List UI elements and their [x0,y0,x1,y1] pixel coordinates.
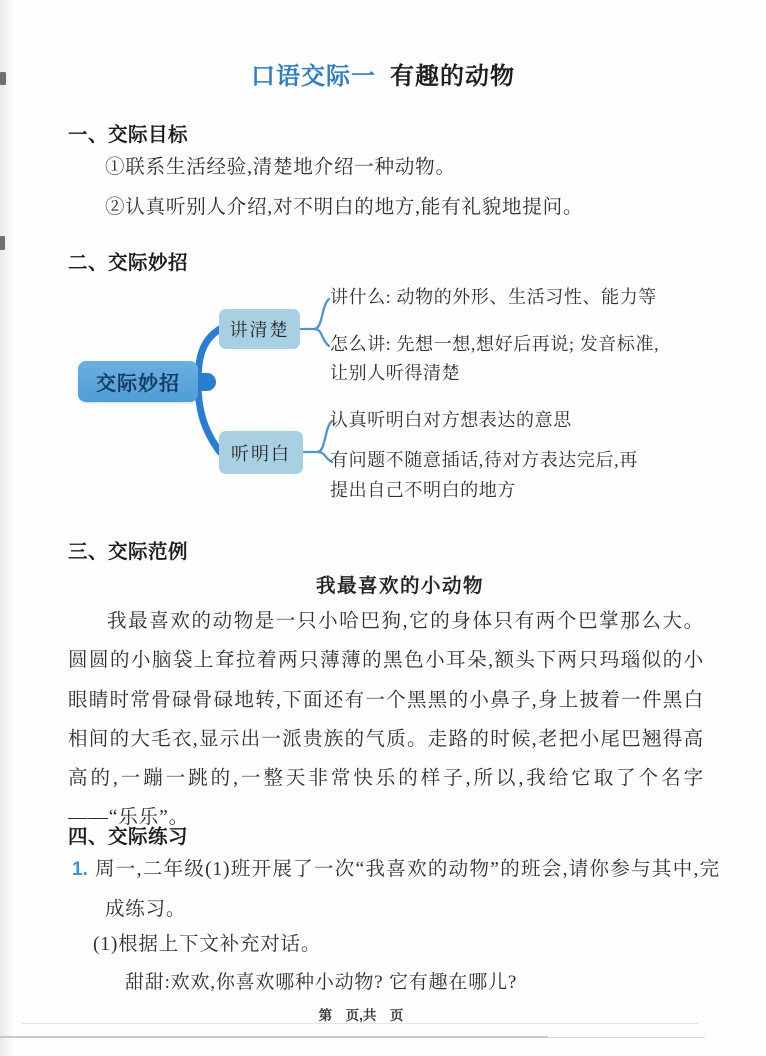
example-essay-body: 我最喜欢的动物是一只小哈巴狗,它的身体只有两个巴掌那么大。圆圆的小脑袋上耷拉着两… [68,602,704,838]
mindmap-leaf-no-interrupt: 有问题不随意插话,待对方表达完后,再 提出自己不明白的地方 [330,445,638,505]
dialogue-line: 甜甜:欢欢,你喜欢哪种小动物? 它有趣在哪儿? [125,972,517,994]
worksheet-page: 口语交际一有趣的动物 一、交际目标 ①联系生活经验,清楚地介绍一种动物。 ②认真… [0,0,766,1056]
exercise-question-1: 1. 周一,二年级(1)班开展了一次“我喜欢的动物”的班会,请你参与其中,完成练… [72,850,720,930]
section-2-heading: 二、交际妙招 [68,247,188,275]
page-bottom-edge [0,1036,548,1038]
goal-item-2: ②认真听别人介绍,对不明白的地方,能有礼貌地提问。 [105,197,583,219]
example-essay-title: 我最喜欢的小动物 [34,570,766,598]
page-bottom-rule-faint [22,1023,698,1024]
page-title: 口语交际一有趣的动物 [0,56,766,91]
scan-artifact [0,236,5,250]
mindmap-root-node: 交际妙招 [78,361,198,402]
mindmap-diagram: 交际妙招 讲清楚 听明白 讲什么: 动物的外形、生活习性、能力等 怎么讲: 先想… [75,278,720,516]
mindmap-branch-speak-clearly: 讲清楚 [219,309,300,349]
mindmap-leaf-how-to-say: 怎么讲: 先想一想,想好后再说; 发音标准, 让别人听得清楚 [330,330,659,388]
section-3-heading: 三、交际范例 [68,536,188,564]
page-footer: 第 页,共 页 [0,1004,722,1024]
question-subitem: (1)根据上下文补充对话。 [93,934,321,956]
page-edge-shadow [0,0,14,1056]
mindmap-branch-listen-well: 听明白 [219,431,303,474]
question-number: 1. [72,859,88,881]
mindmap-leaf-listen-meaning: 认真听明白对方想表达的意思 [330,409,572,431]
title-topic: 有趣的动物 [390,63,515,90]
question-text: 周一,二年级(1)班开展了一次“我喜欢的动物”的班会,请你参与其中,完成练习。 [72,850,720,930]
title-lesson-number: 口语交际一 [251,63,376,90]
mindmap-leaf-what-to-say: 讲什么: 动物的外形、生活习性、能力等 [330,286,657,308]
page-bottom-edge-extension [548,1037,706,1038]
section-1-heading: 一、交际目标 [68,119,188,147]
goal-item-1: ①联系生活经验,清楚地介绍一种动物。 [105,157,456,179]
section-4-heading: 四、交际练习 [68,821,188,849]
